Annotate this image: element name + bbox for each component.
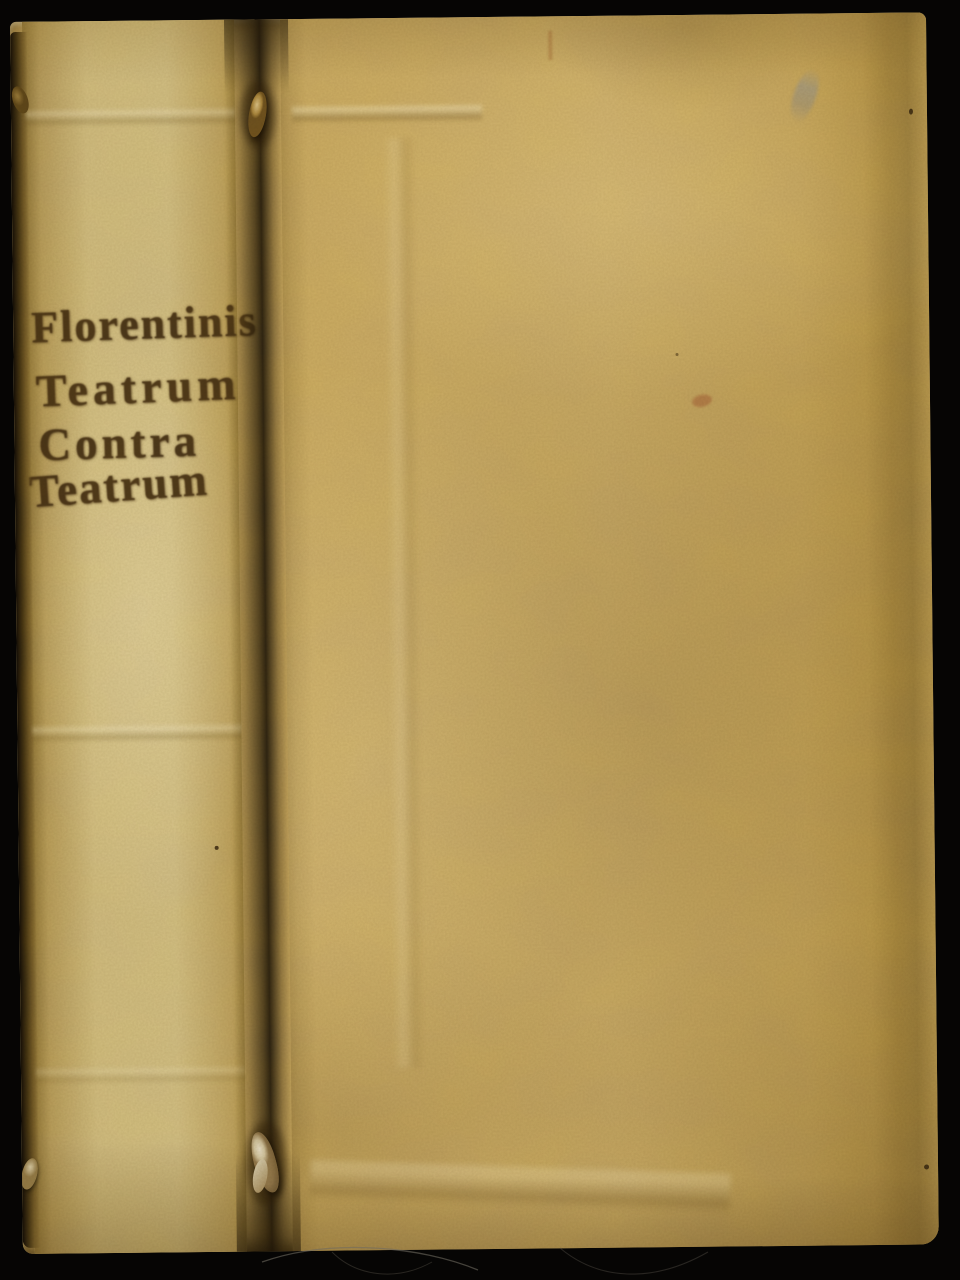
stain-drip-mark <box>548 30 552 60</box>
cover-crease-vertical <box>383 138 425 1068</box>
cover-crease-horizontal <box>292 105 482 123</box>
blue-ink-smudge <box>785 66 824 126</box>
spine-crease-band <box>29 722 241 744</box>
spine-title-line-2: Teatrum <box>35 361 241 415</box>
red-stain <box>691 393 713 409</box>
spine-joint-groove <box>224 19 301 1252</box>
spine-title: Florentinis Teatrum Contra Teatrum <box>25 300 240 562</box>
front-cover <box>280 12 939 1251</box>
spine-title-line-1: Florentinis <box>31 299 259 350</box>
spine-crease-band <box>33 1064 245 1086</box>
cover-crease-bottom <box>310 1160 731 1214</box>
book-spine: Florentinis Teatrum Contra Teatrum <box>22 20 247 1254</box>
spine-crease-band <box>23 106 235 128</box>
ink-speck <box>215 846 219 850</box>
edge-nick <box>909 109 913 115</box>
book: Florentinis Teatrum Contra Teatrum <box>10 12 939 1254</box>
ink-speck <box>924 1164 929 1169</box>
photo-background: Florentinis Teatrum Contra Teatrum <box>0 0 960 1280</box>
ink-speck <box>676 353 679 356</box>
spine-title-line-4: Teatrum <box>27 458 210 516</box>
